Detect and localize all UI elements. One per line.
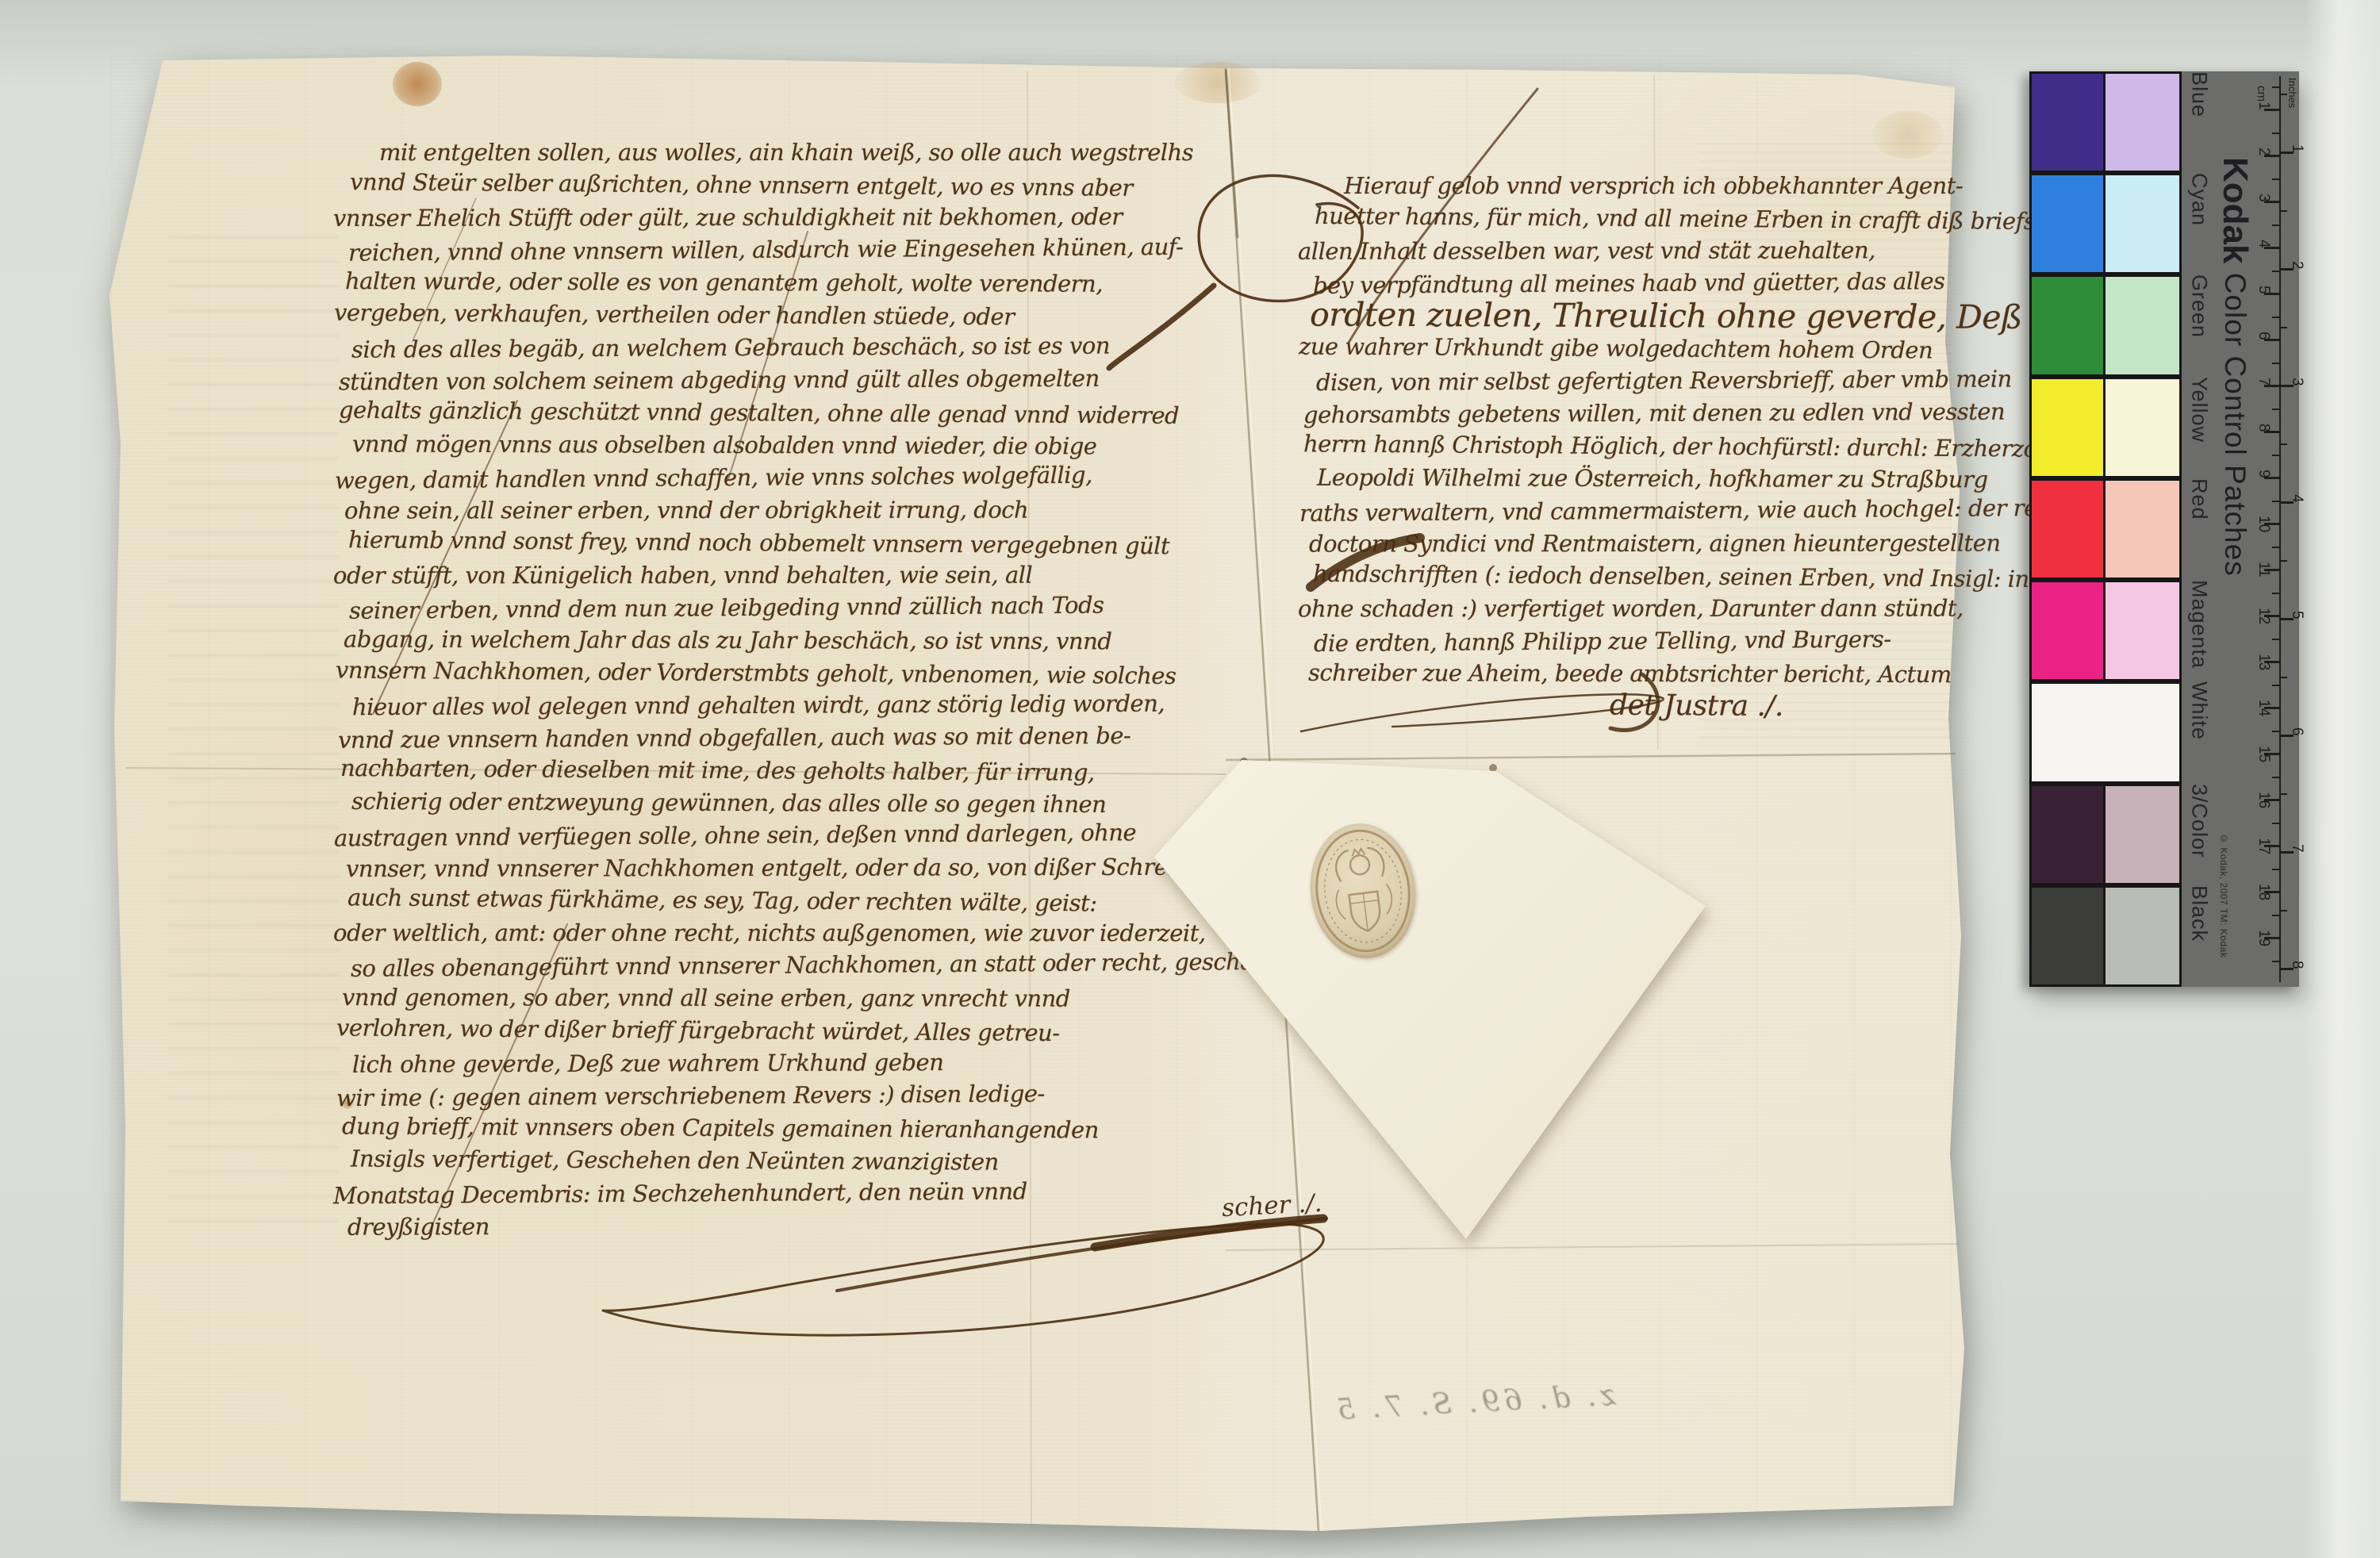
- inch-unit-label: Inches: [2286, 78, 2298, 108]
- patch-3color-solid: [2032, 786, 2103, 883]
- chart-brand: Kodak: [2216, 157, 2255, 263]
- cm-tick-number: 16: [2255, 792, 2272, 808]
- inch-tick-number: 8: [2288, 961, 2305, 969]
- patch-label-white: White: [2182, 681, 2217, 783]
- cm-tick-number: 6: [2255, 332, 2272, 340]
- seal-paper-flap: [1134, 738, 1722, 1261]
- cm-tick-number: 2: [2255, 148, 2272, 156]
- cm-tick-number: 13: [2255, 654, 2272, 670]
- patch-label-red: Red: [2182, 478, 2217, 580]
- patch-magenta-solid: [2032, 582, 2103, 679]
- patch-red-solid: [2032, 481, 2103, 578]
- patch-blue-solid: [2032, 74, 2103, 171]
- cm-tick-number: 9: [2255, 470, 2272, 478]
- inch-tick-number: 4: [2288, 494, 2305, 503]
- flap-paper: [1134, 738, 1722, 1261]
- cm-tick-number: 17: [2255, 838, 2272, 854]
- patch-label-blue: Blue: [2182, 71, 2217, 173]
- ruler: cm Inches 12345678910111213141516171819 …: [2253, 71, 2299, 987]
- cm-tick-number: 8: [2255, 424, 2272, 432]
- cm-tick-number: 10: [2255, 516, 2272, 532]
- patch-cyan-solid: [2032, 175, 2103, 272]
- cm-tick-number: 14: [2255, 700, 2272, 716]
- cm-tick-number: 12: [2255, 608, 2272, 624]
- cm-tick-number: 4: [2255, 240, 2272, 248]
- patch-label-cyan: Cyan: [2182, 173, 2217, 274]
- patch-cyan-tint: [2106, 175, 2179, 272]
- cm-tick-number: 7: [2255, 378, 2272, 386]
- patch-label-black: Black: [2182, 885, 2217, 987]
- cm-unit-label: cm: [2255, 86, 2268, 102]
- cm-tick-number: 18: [2255, 884, 2272, 900]
- cm-tick-number: 15: [2255, 746, 2272, 762]
- inch-major-ticks: [2281, 152, 2294, 984]
- patch-magenta-tint: [2106, 582, 2179, 679]
- chart-copyright: © Kodak, 2007 TM: Kodak: [2218, 833, 2229, 957]
- cm-tick-number: 19: [2255, 930, 2272, 946]
- cm-tick-number: 1: [2255, 102, 2272, 110]
- background-mat-band: [2305, 0, 2380, 1558]
- patch-black-solid: [2032, 888, 2103, 984]
- patch-black-tint: [2106, 888, 2179, 984]
- patch-green-solid: [2032, 277, 2103, 374]
- color-patches: [2029, 71, 2182, 987]
- inch-tick-number: 1: [2288, 144, 2305, 153]
- patch-white: [2032, 684, 2179, 781]
- kodak-color-chart: BlueCyanGreenYellowRedMagentaWhite3/Colo…: [2029, 71, 2299, 987]
- patch-yellow-solid: [2032, 379, 2103, 476]
- inch-tick-number: 2: [2288, 261, 2305, 270]
- patch-label-3color: 3/Color: [2182, 784, 2217, 885]
- chart-title: Kodak Color Control Patches: [2215, 157, 2255, 577]
- cm-tick-number: 3: [2255, 194, 2272, 202]
- patch-blue-tint: [2106, 74, 2179, 171]
- inch-tick-number: 5: [2288, 611, 2305, 620]
- patch-label-green: Green: [2182, 274, 2217, 376]
- inch-tick-number: 3: [2288, 378, 2305, 386]
- patch-3color-tint: [2106, 786, 2179, 883]
- patch-yellow-tint: [2106, 379, 2179, 476]
- inch-tick-number: 7: [2288, 844, 2305, 853]
- patch-green-tint: [2106, 277, 2179, 374]
- cm-tick-number: 11: [2255, 562, 2272, 578]
- patch-label-magenta: Magenta: [2182, 580, 2217, 681]
- patch-red-tint: [2106, 481, 2179, 578]
- patch-label-yellow: Yellow: [2182, 377, 2217, 478]
- cm-tick-number: 5: [2255, 286, 2272, 294]
- inch-tick-number: 6: [2288, 727, 2305, 736]
- wax-seal: [1303, 818, 1423, 965]
